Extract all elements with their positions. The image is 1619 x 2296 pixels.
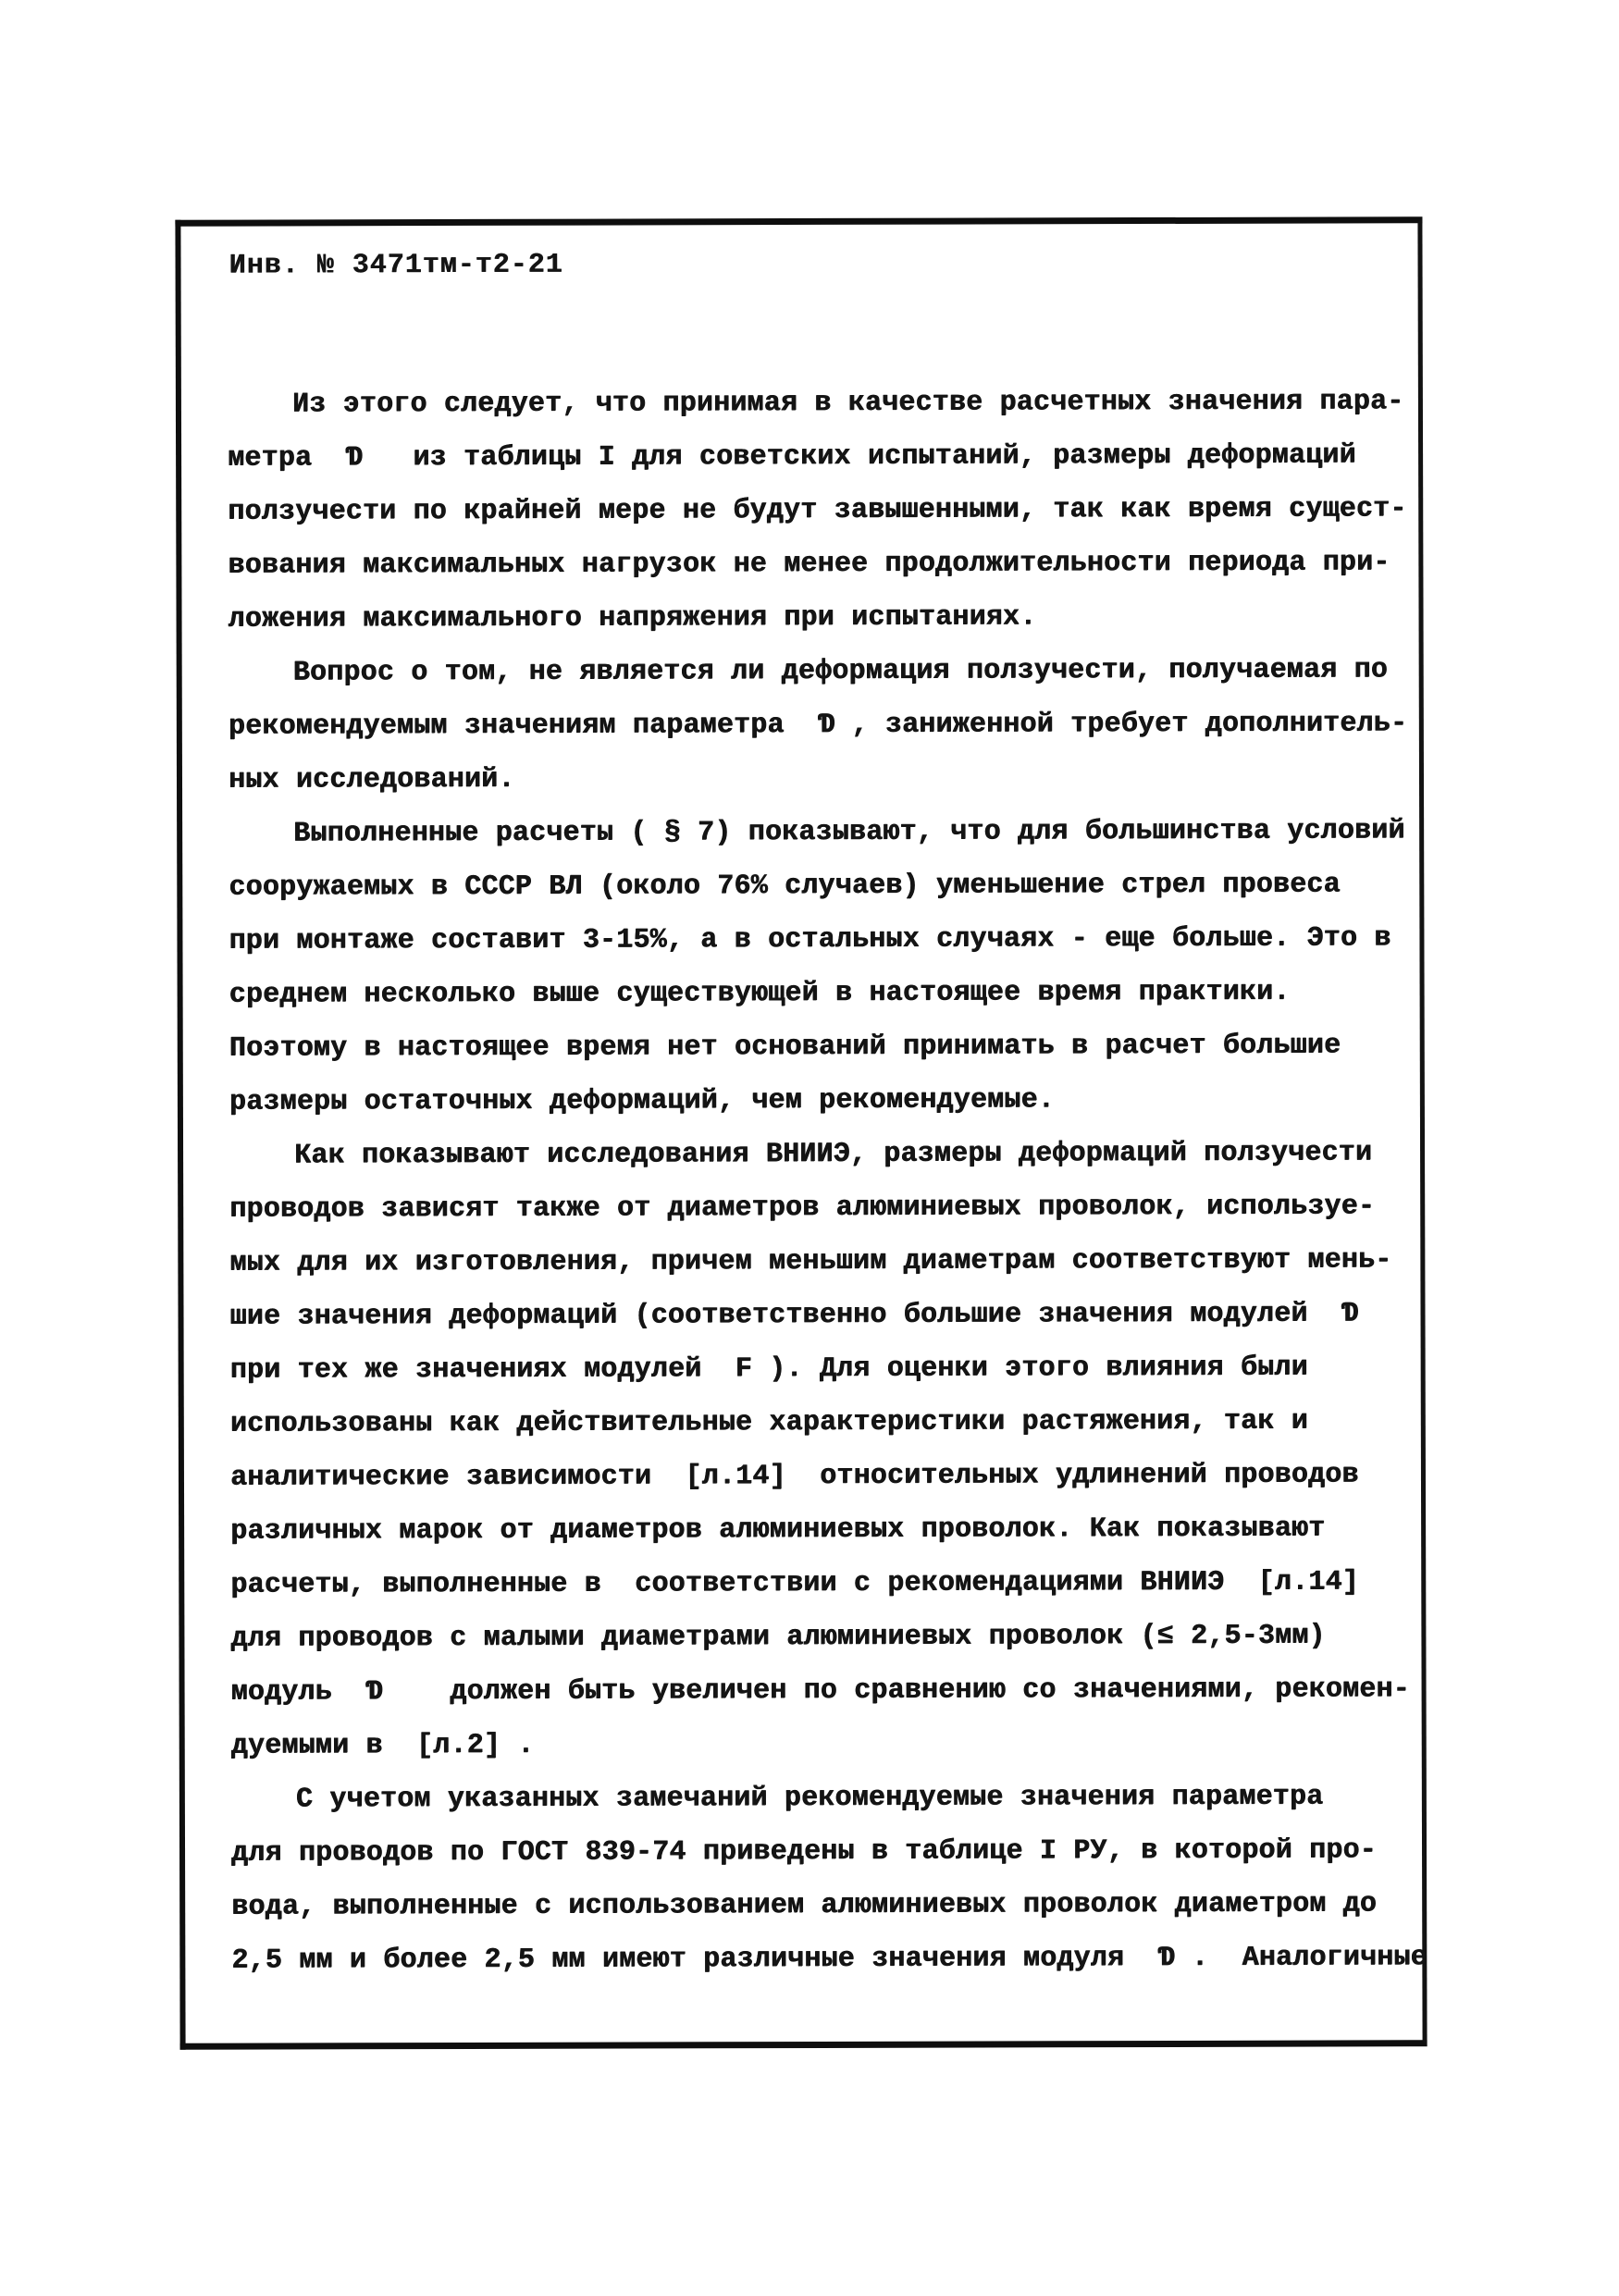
text-line: ных исследований. (229, 750, 1412, 807)
text-line: для проводов с малыми диаметрами алюмини… (230, 1609, 1414, 1665)
paragraph-4: Как показывают исследования ВНИИЭ, разме… (229, 1126, 1415, 1772)
text-line: проводов зависят также от диаметров алюм… (229, 1179, 1413, 1236)
scanned-document-page: Инв. № 3471тм-т2-21 Из этого следует, чт… (0, 0, 1619, 2296)
text-line: расчеты, выполненные в соответствии с ре… (230, 1555, 1414, 1611)
text-line: для проводов по ГОСТ 839-74 приведены в … (231, 1823, 1415, 1880)
text-line: мых для их изготовления, причем меньшим … (229, 1233, 1413, 1290)
paragraph-1: Из этого следует, что принимая в качеств… (228, 375, 1412, 646)
text-line: ползучести по крайней мере не будут завы… (228, 482, 1411, 538)
text-line: Поэтому в настоящее время нет оснований … (229, 1018, 1413, 1075)
page-border-frame: Инв. № 3471тм-т2-21 Из этого следует, чт… (175, 216, 1427, 2050)
text-line: размеры остаточных деформаций, чем реком… (229, 1072, 1413, 1129)
text-line: метра Ɗ из таблицы I для советских испыт… (228, 428, 1411, 485)
text-line: использованы как действительные характер… (230, 1394, 1414, 1450)
text-line: ложения максимального напряжения при исп… (228, 589, 1411, 646)
text-line: вода, выполненные с использованием алюми… (231, 1877, 1415, 1933)
text-line: вования максимальных нагрузок не менее п… (228, 536, 1411, 592)
text-line: дуемыми в [л.2] . (231, 1716, 1415, 1772)
text-line: С учетом указанных замечаний рекомендуем… (231, 1770, 1415, 1826)
text-line: Как показывают исследования ВНИИЭ, разме… (229, 1126, 1413, 1182)
text-line: рекомендуемым значениям параметра Ɗ , за… (229, 697, 1412, 753)
text-line: при монтаже составит 3-15%, а в остальны… (229, 911, 1412, 968)
paragraph-5: С учетом указанных замечаний рекомендуем… (231, 1770, 1415, 1987)
text-line: среднем несколько выше существующей в на… (229, 965, 1413, 1021)
paragraph-2: Вопрос о том, не является ли деформация … (229, 643, 1412, 807)
inventory-number: Инв. № 3471тм-т2-21 (229, 247, 1410, 281)
text-line: сооружаемых в СССР ВЛ (около 76% случаев… (229, 858, 1412, 914)
document-body: Из этого следует, что принимая в качеств… (228, 375, 1415, 1987)
text-line: различных марок от диаметров алюминиевых… (230, 1501, 1414, 1558)
text-line: Из этого следует, что принимая в качеств… (228, 375, 1411, 431)
text-line: шие значения деформаций (соответственно … (229, 1287, 1413, 1343)
text-line: 2,5 мм и более 2,5 мм имеют различные зн… (231, 1931, 1415, 1987)
text-line: аналитические зависимости [л.14] относит… (230, 1448, 1414, 1504)
text-line: Вопрос о том, не является ли деформация … (229, 643, 1412, 699)
text-line: модуль Ɗ должен быть увеличен по сравнен… (231, 1662, 1415, 1719)
text-line: при тех же значениях модулей F ). Для оц… (230, 1340, 1414, 1397)
paragraph-3: Выполненные расчеты ( § 7) показывают, ч… (229, 804, 1413, 1129)
text-line: Выполненные расчеты ( § 7) показывают, ч… (229, 804, 1412, 860)
